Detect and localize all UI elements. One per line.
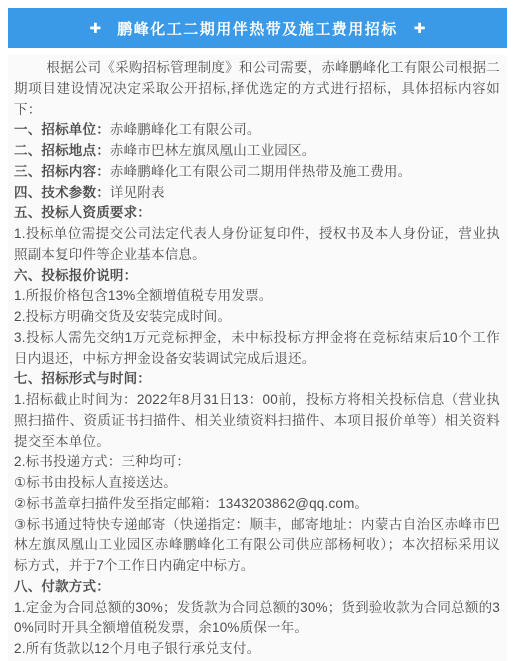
text-run: 2.投标方明确交货及安装完成时间。: [14, 309, 231, 324]
paragraph: ①标书由投标人直接送达。: [14, 473, 500, 494]
section-label: 七、招标形式与时间：: [14, 371, 151, 386]
paragraph: 五、投标人资质要求：: [14, 203, 500, 224]
section-label: 四、技术参数：: [14, 185, 110, 200]
section-label: 二、招标地点：: [14, 143, 110, 158]
paragraph: 1.招标截止时间为：2022年8月31日13：00前，投标方将相关投标信息（营业…: [14, 390, 500, 452]
paragraph: 一、招标单位：赤峰鹏峰化工有限公司。: [14, 120, 500, 141]
paragraph: 1.投标单位需提交公司法定代表人身份证复印件，授权书及本人身份证，营业执照副本复…: [14, 224, 500, 266]
section-label: 一、招标单位：: [14, 122, 110, 137]
text-run: 赤峰鹏峰化工有限公司。: [110, 122, 261, 137]
paragraph: 六、投标报价说明：: [14, 266, 500, 287]
paragraph: 八、付款方式：: [14, 577, 500, 598]
text-run: 赤峰鹏峰化工有限公司二期用伴热带及施工费用。: [110, 164, 411, 179]
section-label: 六、投标报价说明：: [14, 268, 137, 283]
text-run: ②标书盖章扫描件发至指定邮箱：1343203862@qq.com。: [14, 496, 368, 511]
paragraph: 2.所有货款以12个月电子银行承兑支付。: [14, 639, 500, 660]
text-run: 1.投标单位需提交公司法定代表人身份证复印件，授权书及本人身份证，营业执照副本复…: [14, 226, 500, 262]
text-run: 根据公司《采购招标管理制度》和公司需要，赤峰鹏峰化工有限公司根据二期项目建设情况…: [14, 60, 500, 117]
text-run: 1.定金为合同总额的30%；发货款为合同总额的30%；货到验收款为合同总额的30…: [14, 600, 500, 636]
text-run: ①标书由投标人直接送达。: [14, 475, 177, 490]
paragraph: 二、招标地点：赤峰市巴林左旗凤凰山工业园区。: [14, 141, 500, 162]
text-run: 1.所报价格包含13%全额增值税专用发票。: [14, 288, 272, 303]
document-body: 根据公司《采购招标管理制度》和公司需要，赤峰鹏峰化工有限公司根据二期项目建设情况…: [8, 55, 507, 661]
text-run: 2.所有货款以12个月电子银行承兑支付。: [14, 641, 260, 656]
title-bar: ✚ 鹏峰化工二期用伴热带及施工费用招标 ✚: [8, 8, 507, 48]
section-label: 八、付款方式：: [14, 579, 110, 594]
paragraph: 3.投标人需先交纳1万元竞标押金，未中标投标方押金将在竞标结束后10个工作日内退…: [14, 328, 500, 370]
text-run: 2.标书投递方式：三种均可：: [14, 454, 190, 469]
section-label: 五、投标人资质要求：: [14, 205, 151, 220]
text-run: 1.招标截止时间为：2022年8月31日13：00前，投标方将相关投标信息（营业…: [14, 392, 500, 449]
plus-icon-right: ✚: [414, 21, 426, 35]
paragraph: 1.所报价格包含13%全额增值税专用发票。: [14, 286, 500, 307]
paragraph: ③标书通过特快专递邮寄（快递指定：顺丰，邮寄地址：内蒙古自治区赤峰市巴林左旗凤凰…: [14, 515, 500, 577]
paragraph: 七、招标形式与时间：: [14, 369, 500, 390]
text-run: 详见附表: [110, 185, 165, 200]
section-label: 三、招标内容：: [14, 164, 110, 179]
page-title: 鹏峰化工二期用伴热带及施工费用招标: [117, 18, 398, 39]
text-run: 3.投标人需先交纳1万元竞标押金，未中标投标方押金将在竞标结束后10个工作日内退…: [14, 330, 500, 366]
paragraph: 根据公司《采购招标管理制度》和公司需要，赤峰鹏峰化工有限公司根据二期项目建设情况…: [14, 58, 500, 120]
paragraph: 三、招标内容：赤峰鹏峰化工有限公司二期用伴热带及施工费用。: [14, 162, 500, 183]
text-run: 赤峰市巴林左旗凤凰山工业园区。: [110, 143, 316, 158]
paragraph: 四、技术参数：详见附表: [14, 183, 500, 204]
paragraph: 2.投标方明确交货及安装完成时间。: [14, 307, 500, 328]
page: ✚ 鹏峰化工二期用伴热带及施工费用招标 ✚ 根据公司《采购招标管理制度》和公司需…: [0, 0, 515, 661]
paragraph: 1.定金为合同总额的30%；发货款为合同总额的30%；货到验收款为合同总额的30…: [14, 598, 500, 640]
paragraph: ②标书盖章扫描件发至指定邮箱：1343203862@qq.com。: [14, 494, 500, 515]
text-run: ③标书通过特快专递邮寄（快递指定：顺丰，邮寄地址：内蒙古自治区赤峰市巴林左旗凤凰…: [14, 517, 500, 574]
plus-icon-left: ✚: [90, 21, 102, 35]
paragraph: 2.标书投递方式：三种均可：: [14, 452, 500, 473]
